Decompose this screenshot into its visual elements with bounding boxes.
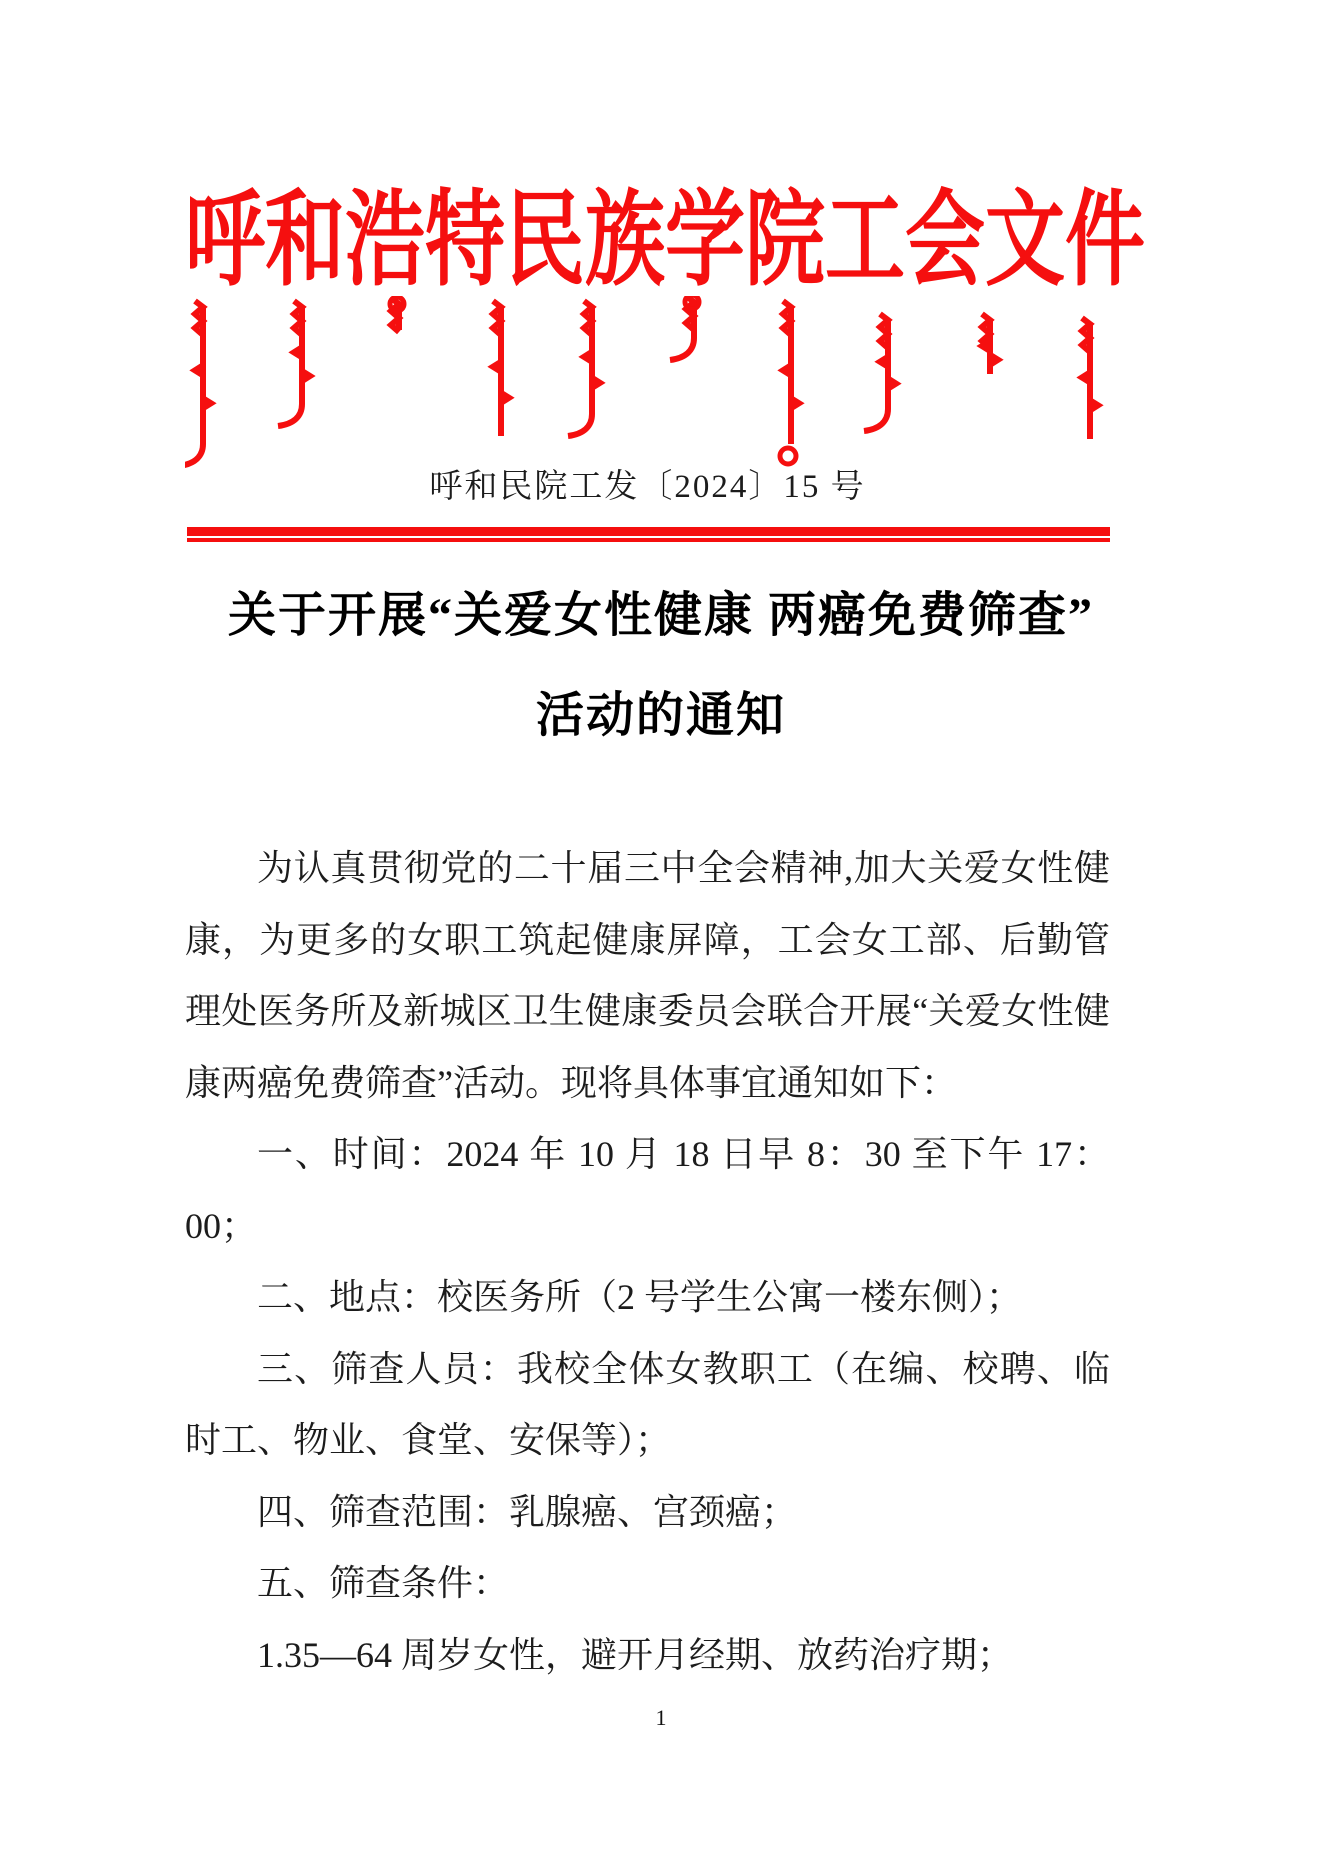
paragraph-item-staff: 三、筛查人员：我校全体女教职工（在编、校聘、临时工、物业、食堂、安保等）； — [185, 1334, 1110, 1477]
red-separator-rule — [187, 527, 1110, 542]
org-title-red-header: 呼和浩特民族学院工会文件 — [185, 156, 1110, 306]
paragraph-intro: 为认真贯彻党的二十届三中全会精神,加大关爱女性健康，为更多的女职工筑起健康屏障，… — [185, 833, 1110, 1119]
paragraph-item-scope: 四、筛查范围：乳腺癌、宫颈癌； — [185, 1477, 1110, 1549]
paragraph-item-time: 一、时间：2024 年 10 月 18 日早 8：30 至下午 17：00； — [185, 1119, 1110, 1262]
mongolian-script-row — [185, 296, 1110, 471]
doc-body: 为认真贯彻党的二十届三中全会精神,加大关爱女性健康，为更多的女职工筑起健康屏障，… — [185, 833, 1110, 1691]
red-rule-thin-bar — [187, 538, 1110, 542]
paragraph-condition-1: 1.35—64 周岁女性，避开月经期、放药治疗期； — [185, 1620, 1110, 1692]
doc-title-line1: 关于开展“关爱女性健康 两癌免费筛查” — [98, 566, 1224, 666]
paragraph-item-conditions: 五、筛查条件： — [185, 1548, 1110, 1620]
doc-number: 呼和民院工发〔2024〕15 号 — [185, 460, 1110, 507]
document-page: 呼和浩特民族学院工会文件 呼和民院工发〔2024〕15 号 关于开展“关爱女性健… — [0, 0, 1322, 1871]
red-rule-thick-bar — [187, 527, 1110, 536]
doc-title-line2: 活动的通知 — [98, 666, 1224, 766]
paragraph-item-place: 二、地点：校医务所（2 号学生公寓一楼东侧）； — [185, 1262, 1110, 1334]
doc-title: 关于开展“关爱女性健康 两癌免费筛查” 活动的通知 — [98, 566, 1224, 766]
page-number: 1 — [0, 1705, 1322, 1731]
